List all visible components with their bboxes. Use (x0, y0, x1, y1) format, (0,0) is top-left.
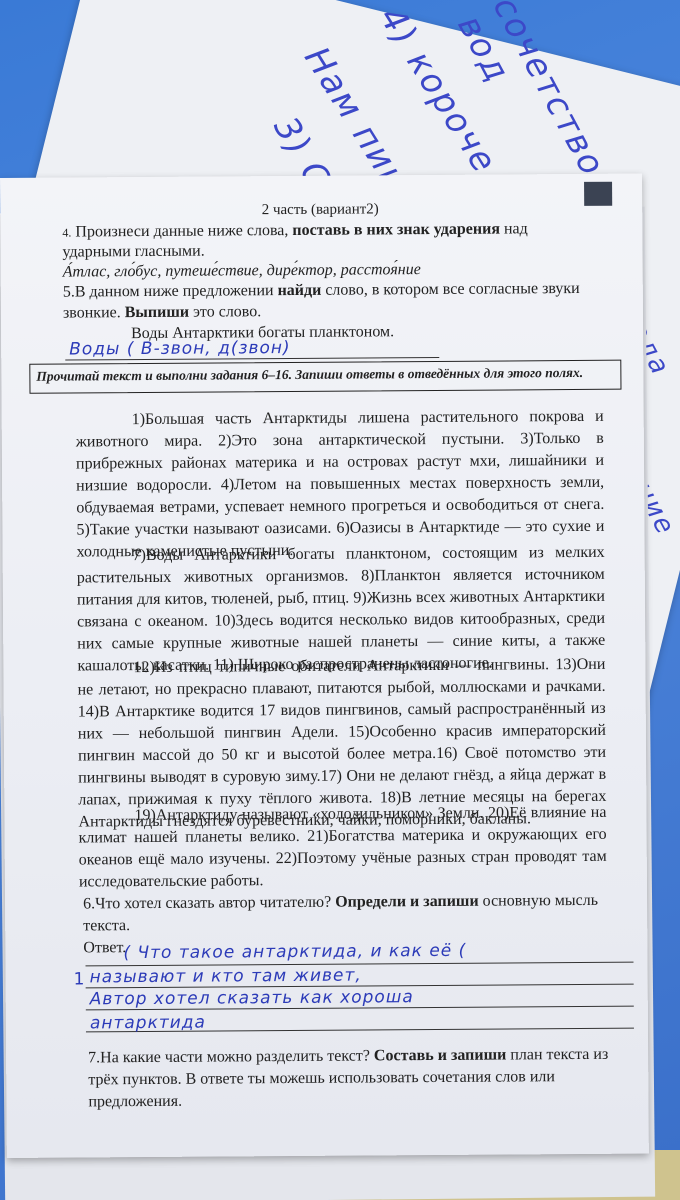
task4-question: 4. Произнеси данные ниже слова, поставь … (62, 220, 528, 241)
task7-question: 7.На какие части можно разделить текст? … (88, 1046, 608, 1068)
task6-handwritten-line: антарктида (90, 1013, 206, 1034)
worksheet-page: 2 часть (вариант2) 4. Произнеси данные н… (0, 174, 649, 1158)
task5-question: 5.В данном ниже предложении найди слово,… (63, 280, 580, 302)
task4-question-line2: ударными гласными. (62, 243, 204, 262)
task6-question-line2: текста. (83, 917, 130, 935)
answer-label: Ответ. (83, 939, 126, 957)
task7-question-line3: предложения. (88, 1093, 182, 1112)
task5-question-line2: звонкие. Выпиши это слово. (63, 303, 261, 322)
task7-question-line2: трёх пунктов. В ответе ты можешь использ… (88, 1068, 640, 1090)
task6-handwritten-line: Автор хотел сказать как хороша (90, 987, 414, 1009)
task4-words: А́тлас, гло́бус, путеше́ствие, дире́ктор… (63, 261, 421, 281)
text-paragraph-4: 19)Антарктиду называют «холодильником» З… (78, 802, 607, 894)
instruction-box: Прочитай текст и выполни задания 6–16. З… (29, 360, 621, 394)
task5-handwritten-answer: Воды ( В-звон, д(звон) (69, 338, 291, 360)
part-title: 2 часть (вариант2) (0, 200, 640, 221)
task6-handwritten-line: называют и кто там живет, (90, 965, 362, 987)
task6-question: 6.Что хотел сказать автор читателю? Опре… (83, 892, 598, 914)
margin-mark: 1 (74, 969, 86, 989)
text-paragraph-1: 1)Большая часть Антарктиды лишена растит… (76, 406, 605, 564)
task6-handwritten-line: ( Что такое антарктида, и как её ( (123, 941, 466, 963)
